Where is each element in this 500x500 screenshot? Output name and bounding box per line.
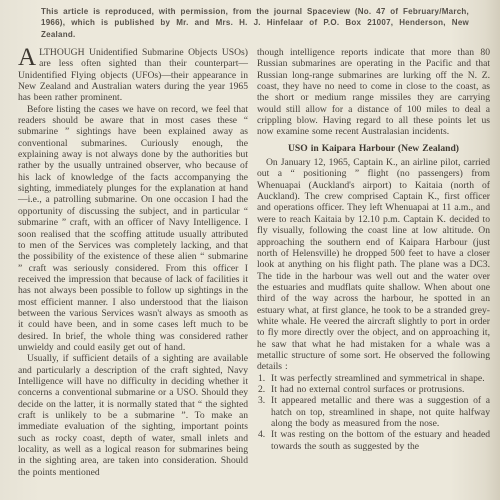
drop-cap: A [18,47,39,67]
list-item-number: 2. [258,384,265,395]
article-attribution: This article is reproduced, with permiss… [41,6,469,40]
list-item: 3. It appeared metallic and there was a … [257,395,490,429]
list-item: 1. It was perfectly streamlined and symm… [257,373,490,384]
paragraph: though intelligence reports indicate tha… [257,47,490,138]
list-item-number: 1. [258,373,265,384]
list-item-number: 3. [258,395,265,406]
list-item: 2. It had no external control surfaces o… [257,384,490,395]
right-column: though intelligence reports indicate tha… [257,47,490,478]
section-heading: USO in Kaipara Harbour (New Zealand) [257,143,490,154]
paragraph: On January 12, 1965, Captain K., an airl… [257,157,490,373]
paragraph-text: LTHOUGH Unidentified Submarine Objects U… [18,47,248,103]
list-item-text: It had no external control surfaces or p… [271,384,464,395]
article-body: ALTHOUGH Unidentified Submarine Objects … [18,47,490,478]
list-item-text: It was perfectly streamlined and symmetr… [271,373,485,384]
observation-list: 1. It was perfectly streamlined and symm… [257,373,490,452]
list-item-text: It appeared metallic and there was a sug… [271,395,490,429]
list-item-text: It was resting on the bottom of the estu… [271,429,490,451]
scanned-article-page: This article is reproduced, with permiss… [0,0,500,500]
paragraph: ALTHOUGH Unidentified Submarine Objects … [18,47,248,104]
list-item: 4. It was resting on the bottom of the e… [257,429,490,452]
paragraph: Usually, if sufficient details of a sigh… [18,353,248,478]
list-item-number: 4. [258,429,265,440]
paragraph: Before listing the cases we have on reco… [18,104,248,354]
left-column: ALTHOUGH Unidentified Submarine Objects … [18,47,248,478]
